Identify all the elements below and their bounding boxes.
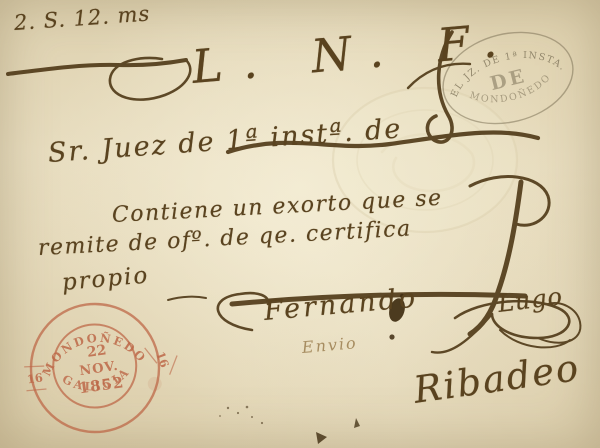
ink-speck: [354, 418, 360, 428]
speck-cluster: [219, 406, 263, 424]
datestamp-smudge: [147, 376, 163, 392]
ink-speck: [389, 334, 394, 339]
origin-word: Lugo: [497, 284, 565, 316]
ink-speck: [316, 432, 327, 444]
datestamp-day: 22: [86, 342, 108, 361]
rate-mark-underline: [8, 60, 186, 74]
signature-note: Envio: [301, 335, 358, 356]
signature-lead-loop: [218, 293, 268, 330]
note-dash: [168, 297, 206, 300]
red-datestamp: MONDOÑEDO GALICIA 22 NOV. 1852 16 16: [16, 293, 186, 441]
datestamp-left-number: 16: [26, 370, 44, 386]
datestamp-right-number: 16: [153, 350, 172, 370]
postal-cover: EL JZ. DE 1ª INSTA. DE MONDOÑEDO MONDOÑE…: [0, 0, 600, 448]
